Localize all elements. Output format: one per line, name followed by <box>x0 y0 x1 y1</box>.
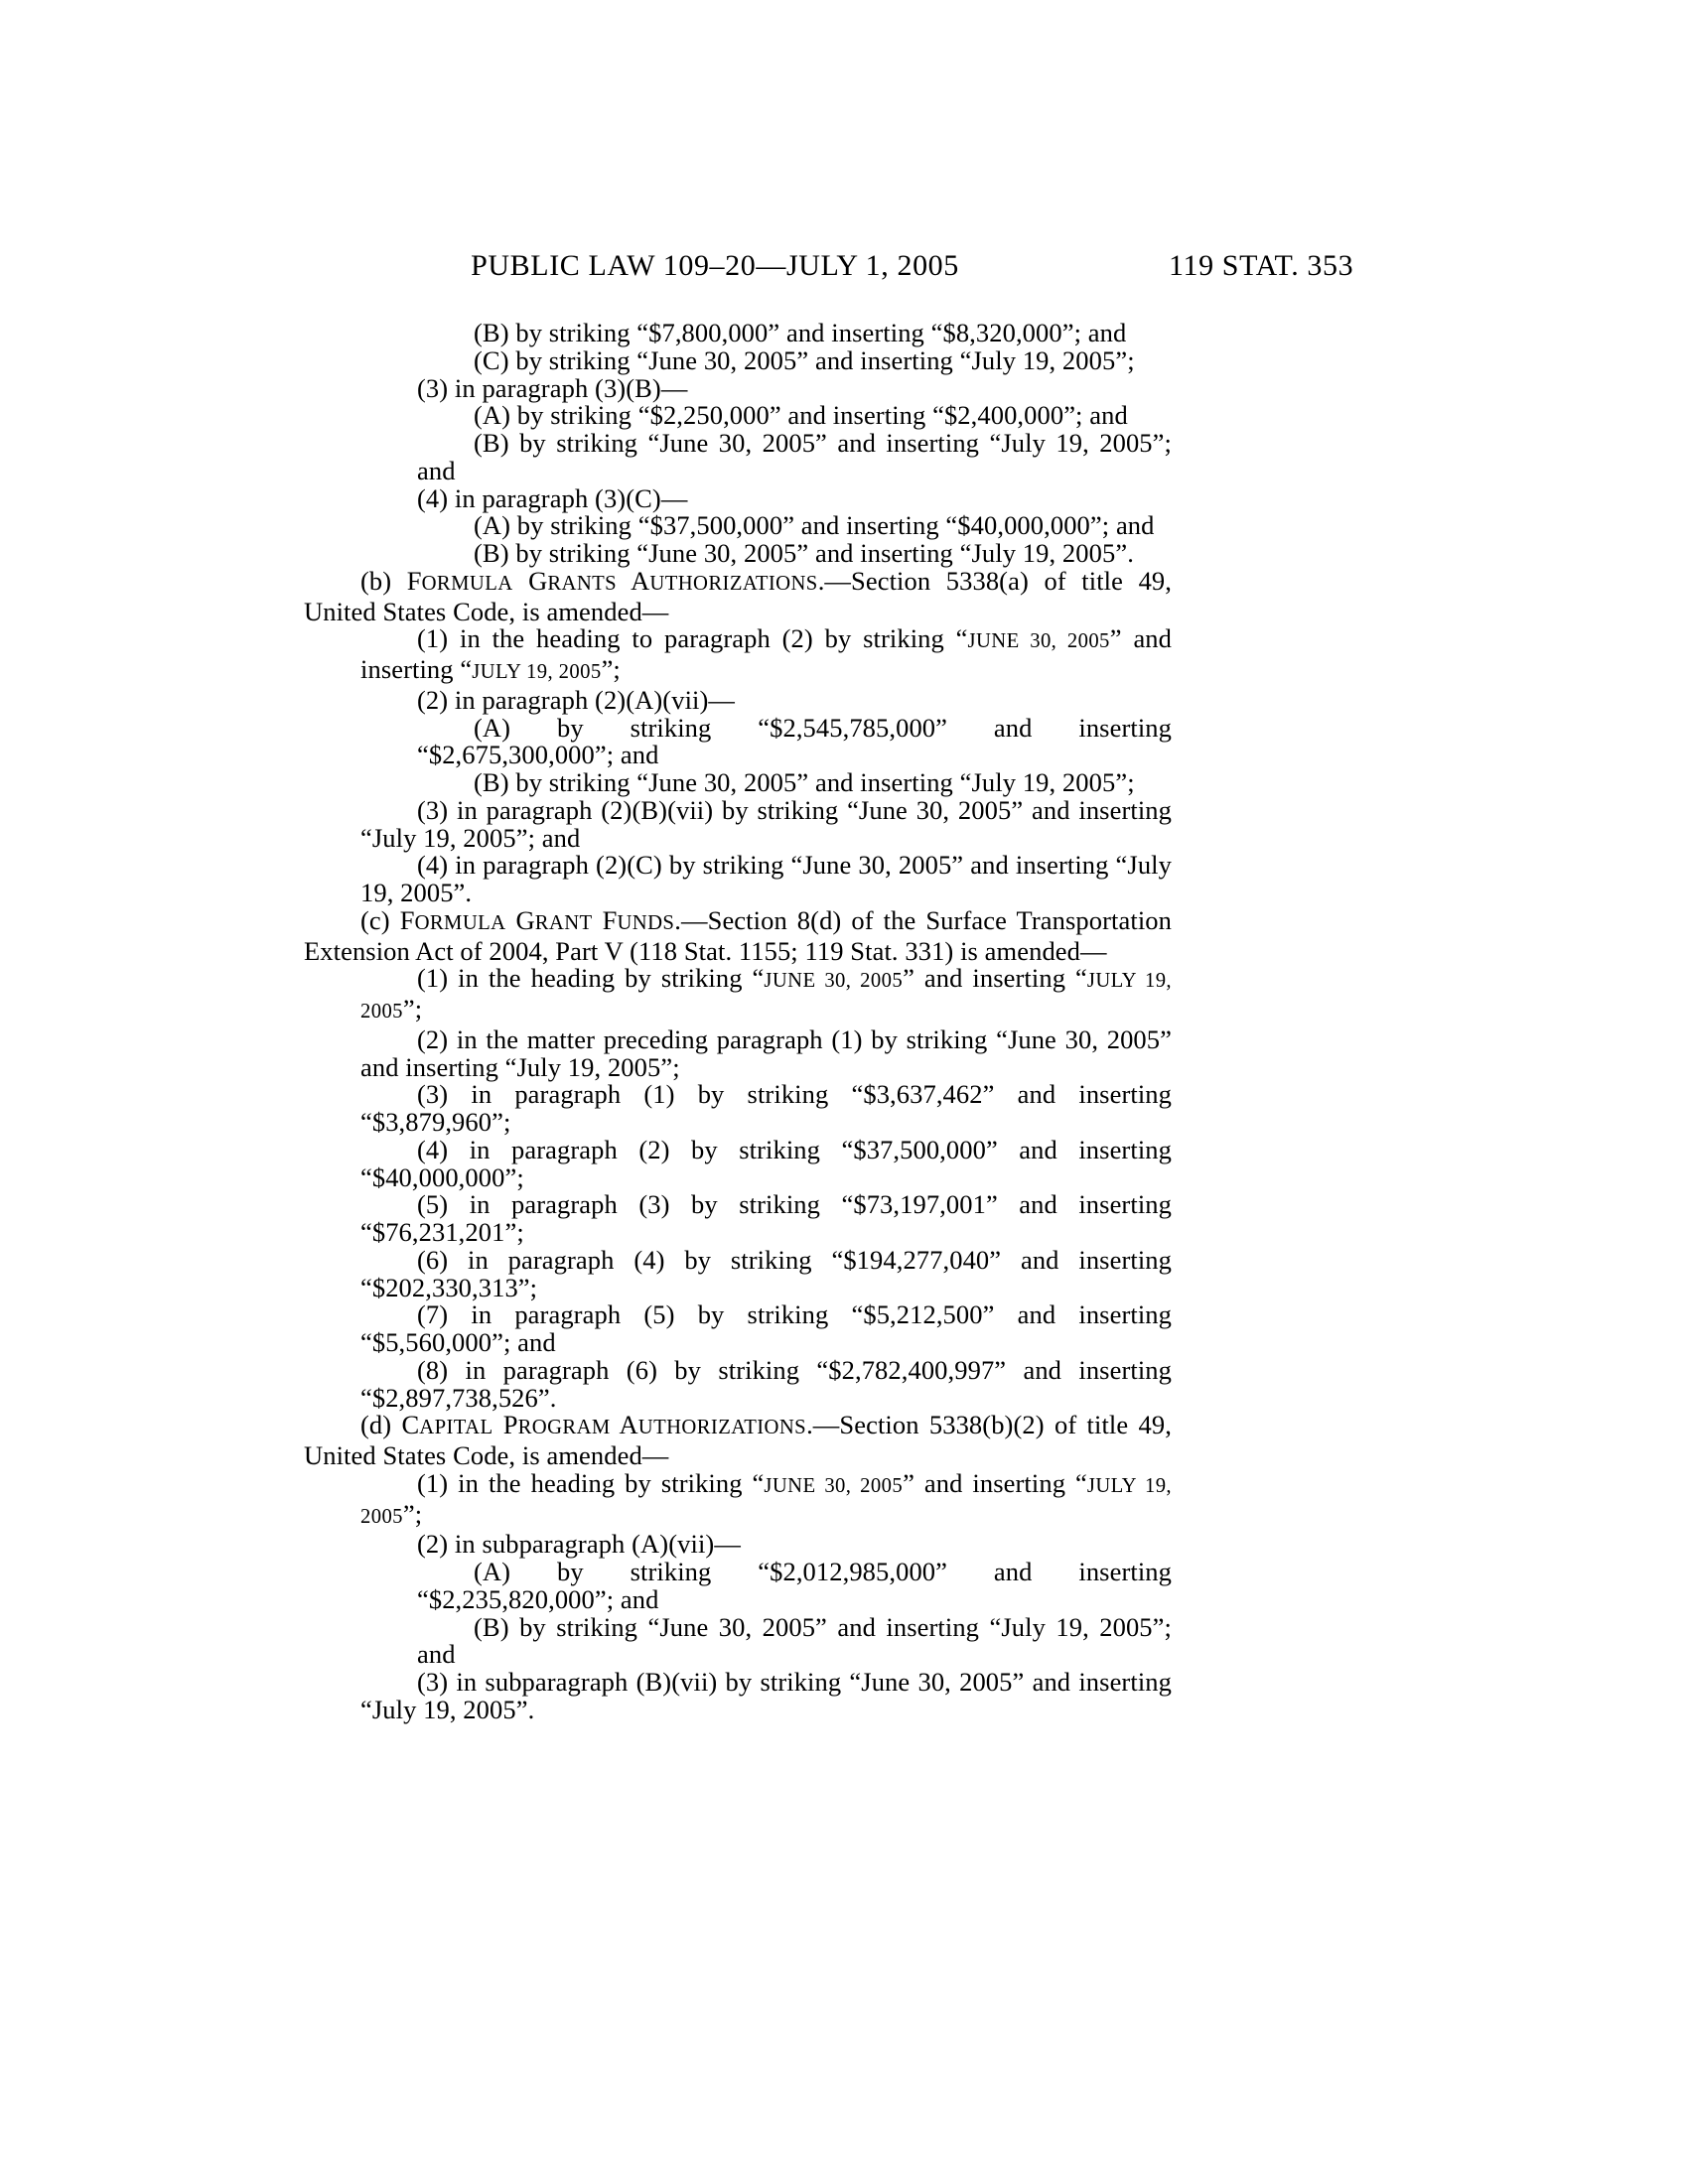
text-run: (4) in paragraph (2) by striking “$37,50… <box>360 1135 1172 1192</box>
statute-paragraph: (B) by striking “June 30, 2005” and inse… <box>304 769 1172 797</box>
statute-paragraph: (3) in paragraph (3)(B)— <box>304 375 1172 403</box>
text-run: G <box>505 905 534 935</box>
smallcaps-text-run: RANT <box>535 912 593 934</box>
text-run: (A) by striking “$37,500,000” and insert… <box>474 510 1155 540</box>
smallcaps-text-run: JUNE 30, 2005 <box>764 970 903 992</box>
text-run: (1) in the heading by striking “ <box>417 963 764 993</box>
statute-paragraph: (B) by striking “June 30, 2005” and inse… <box>304 430 1172 485</box>
smallcaps-text-run: RANTS <box>547 573 617 595</box>
smallcaps-text-run: UTHORIZATIONS <box>649 573 817 595</box>
text-run: (5) in paragraph (3) by striking “$73,19… <box>360 1189 1172 1247</box>
statute-paragraph: (A) by striking “$2,012,985,000” and ins… <box>304 1559 1172 1614</box>
text-run: P <box>492 1410 517 1439</box>
statute-paragraph: (A) by striking “$2,250,000” and inserti… <box>304 402 1172 430</box>
smallcaps-text-run: JULY 19, 2005 <box>472 661 601 683</box>
text-run: (b) F <box>360 566 422 596</box>
smallcaps-text-run: JUNE 30, 2005 <box>764 1475 903 1497</box>
text-run: (3) in paragraph (1) by striking “$3,637… <box>360 1079 1172 1137</box>
statute-paragraph: (b) FORMULA GRANTS AUTHORIZATIONS.—Secti… <box>304 568 1172 626</box>
text-run: (3) in paragraph (2)(B)(vii) by striking… <box>360 795 1172 853</box>
text-run: (6) in paragraph (4) by striking “$194,2… <box>360 1245 1172 1302</box>
text-run: (8) in paragraph (6) by striking “$2,782… <box>360 1355 1172 1413</box>
statute-paragraph: (8) in paragraph (6) by striking “$2,782… <box>304 1357 1172 1413</box>
text-run: F <box>593 905 618 935</box>
statute-paragraph: (1) in the heading to paragraph (2) by s… <box>304 625 1172 687</box>
statute-paragraph: (C) by striking “June 30, 2005” and inse… <box>304 347 1172 375</box>
statute-paragraph: (A) by striking “$37,500,000” and insert… <box>304 512 1172 540</box>
statute-paragraph: (c) FORMULA GRANT FUNDS.—Section 8(d) of… <box>304 907 1172 966</box>
smallcaps-text-run: UNDS <box>617 912 674 934</box>
text-run: (A) by striking “$2,545,785,000” and ins… <box>417 713 1172 770</box>
smallcaps-text-run: APITAL <box>419 1417 492 1438</box>
statute-paragraph: (1) in the heading by striking “JUNE 30,… <box>304 965 1172 1026</box>
text-run: ” and inserting “ <box>903 963 1087 993</box>
statute-paragraph: (3) in paragraph (1) by striking “$3,637… <box>304 1081 1172 1137</box>
text-run: G <box>513 566 548 596</box>
statute-paragraph: (4) in paragraph (3)(C)— <box>304 485 1172 513</box>
statute-paragraph: (2) in subparagraph (A)(vii)— <box>304 1531 1172 1559</box>
text-run: (2) in the matter preceding paragraph (1… <box>360 1024 1172 1082</box>
text-run: (2) in paragraph (2)(A)(vii)— <box>417 685 735 715</box>
statute-paragraph: (2) in paragraph (2)(A)(vii)— <box>304 687 1172 715</box>
text-run: ”; <box>602 654 621 684</box>
statute-paragraph: (d) CAPITAL PROGRAM AUTHORIZATIONS.—Sect… <box>304 1412 1172 1470</box>
text-run: (4) in paragraph (2)(C) by striking “Jun… <box>360 850 1172 907</box>
text-run: (7) in paragraph (5) by striking “$5,212… <box>360 1299 1172 1357</box>
text-run: (B) by striking “June 30, 2005” and inse… <box>417 428 1172 485</box>
text-run: (B) by striking “June 30, 2005” and inse… <box>474 767 1135 797</box>
statute-paragraph: (2) in the matter preceding paragraph (1… <box>304 1026 1172 1082</box>
smallcaps-text-run: JUNE 30, 2005 <box>968 630 1110 652</box>
text-run: (B) by striking “$7,800,000” and inserti… <box>474 318 1126 347</box>
smallcaps-text-run: ORMULA <box>415 912 506 934</box>
text-run: A <box>611 1410 638 1439</box>
text-run: (C) by striking “June 30, 2005” and inse… <box>474 345 1135 375</box>
text-run: (1) in the heading by striking “ <box>417 1468 764 1498</box>
text-run: (3) in subparagraph (B)(vii) by striking… <box>360 1667 1172 1724</box>
statute-paragraph: (A) by striking “$2,545,785,000” and ins… <box>304 715 1172 770</box>
text-run: (B) by striking “June 30, 2005” and inse… <box>417 1612 1172 1670</box>
statute-body: (B) by striking “$7,800,000” and inserti… <box>304 320 1172 1724</box>
statute-paragraph: (B) by striking “$7,800,000” and inserti… <box>304 320 1172 347</box>
page-header-stat-number: 119 STAT. 353 <box>1169 249 1353 283</box>
text-run: (1) in the heading to paragraph (2) by s… <box>417 623 968 653</box>
page-header-law-title: PUBLIC LAW 109–20—JULY 1, 2005 <box>304 249 1126 283</box>
text-run: ”; <box>403 1499 422 1529</box>
statute-paragraph: (4) in paragraph (2) by striking “$37,50… <box>304 1137 1172 1192</box>
smallcaps-text-run: ORMULA <box>422 573 513 595</box>
statute-page: PUBLIC LAW 109–20—JULY 1, 2005 119 STAT.… <box>0 0 1688 2184</box>
text-run: (3) in paragraph (3)(B)— <box>417 373 687 403</box>
text-run: (A) by striking “$2,250,000” and inserti… <box>474 400 1128 430</box>
text-run: (A) by striking “$2,012,985,000” and ins… <box>417 1557 1172 1614</box>
statute-paragraph: (5) in paragraph (3) by striking “$73,19… <box>304 1191 1172 1247</box>
text-run: (B) by striking “June 30, 2005” and inse… <box>474 538 1134 568</box>
statute-paragraph: (6) in paragraph (4) by striking “$194,2… <box>304 1247 1172 1302</box>
statute-paragraph: (B) by striking “June 30, 2005” and inse… <box>304 1614 1172 1670</box>
smallcaps-text-run: UTHORIZATIONS <box>638 1417 806 1438</box>
statute-paragraph: (4) in paragraph (2)(C) by striking “Jun… <box>304 852 1172 907</box>
statute-paragraph: (3) in paragraph (2)(B)(vii) by striking… <box>304 797 1172 853</box>
text-run: (c) F <box>360 905 415 935</box>
statute-paragraph: (3) in subparagraph (B)(vii) by striking… <box>304 1669 1172 1724</box>
text-run: (d) C <box>360 1410 419 1439</box>
statute-paragraph: (7) in paragraph (5) by striking “$5,212… <box>304 1301 1172 1357</box>
smallcaps-text-run: ROGRAM <box>518 1417 611 1438</box>
text-run: (4) in paragraph (3)(C)— <box>417 483 687 513</box>
text-run: ”; <box>403 994 422 1024</box>
statute-paragraph: (1) in the heading by striking “JUNE 30,… <box>304 1470 1172 1532</box>
statute-paragraph: (B) by striking “June 30, 2005” and inse… <box>304 540 1172 568</box>
text-run: A <box>617 566 649 596</box>
text-run: (2) in subparagraph (A)(vii)— <box>417 1529 741 1559</box>
text-run: ” and inserting “ <box>903 1468 1087 1498</box>
